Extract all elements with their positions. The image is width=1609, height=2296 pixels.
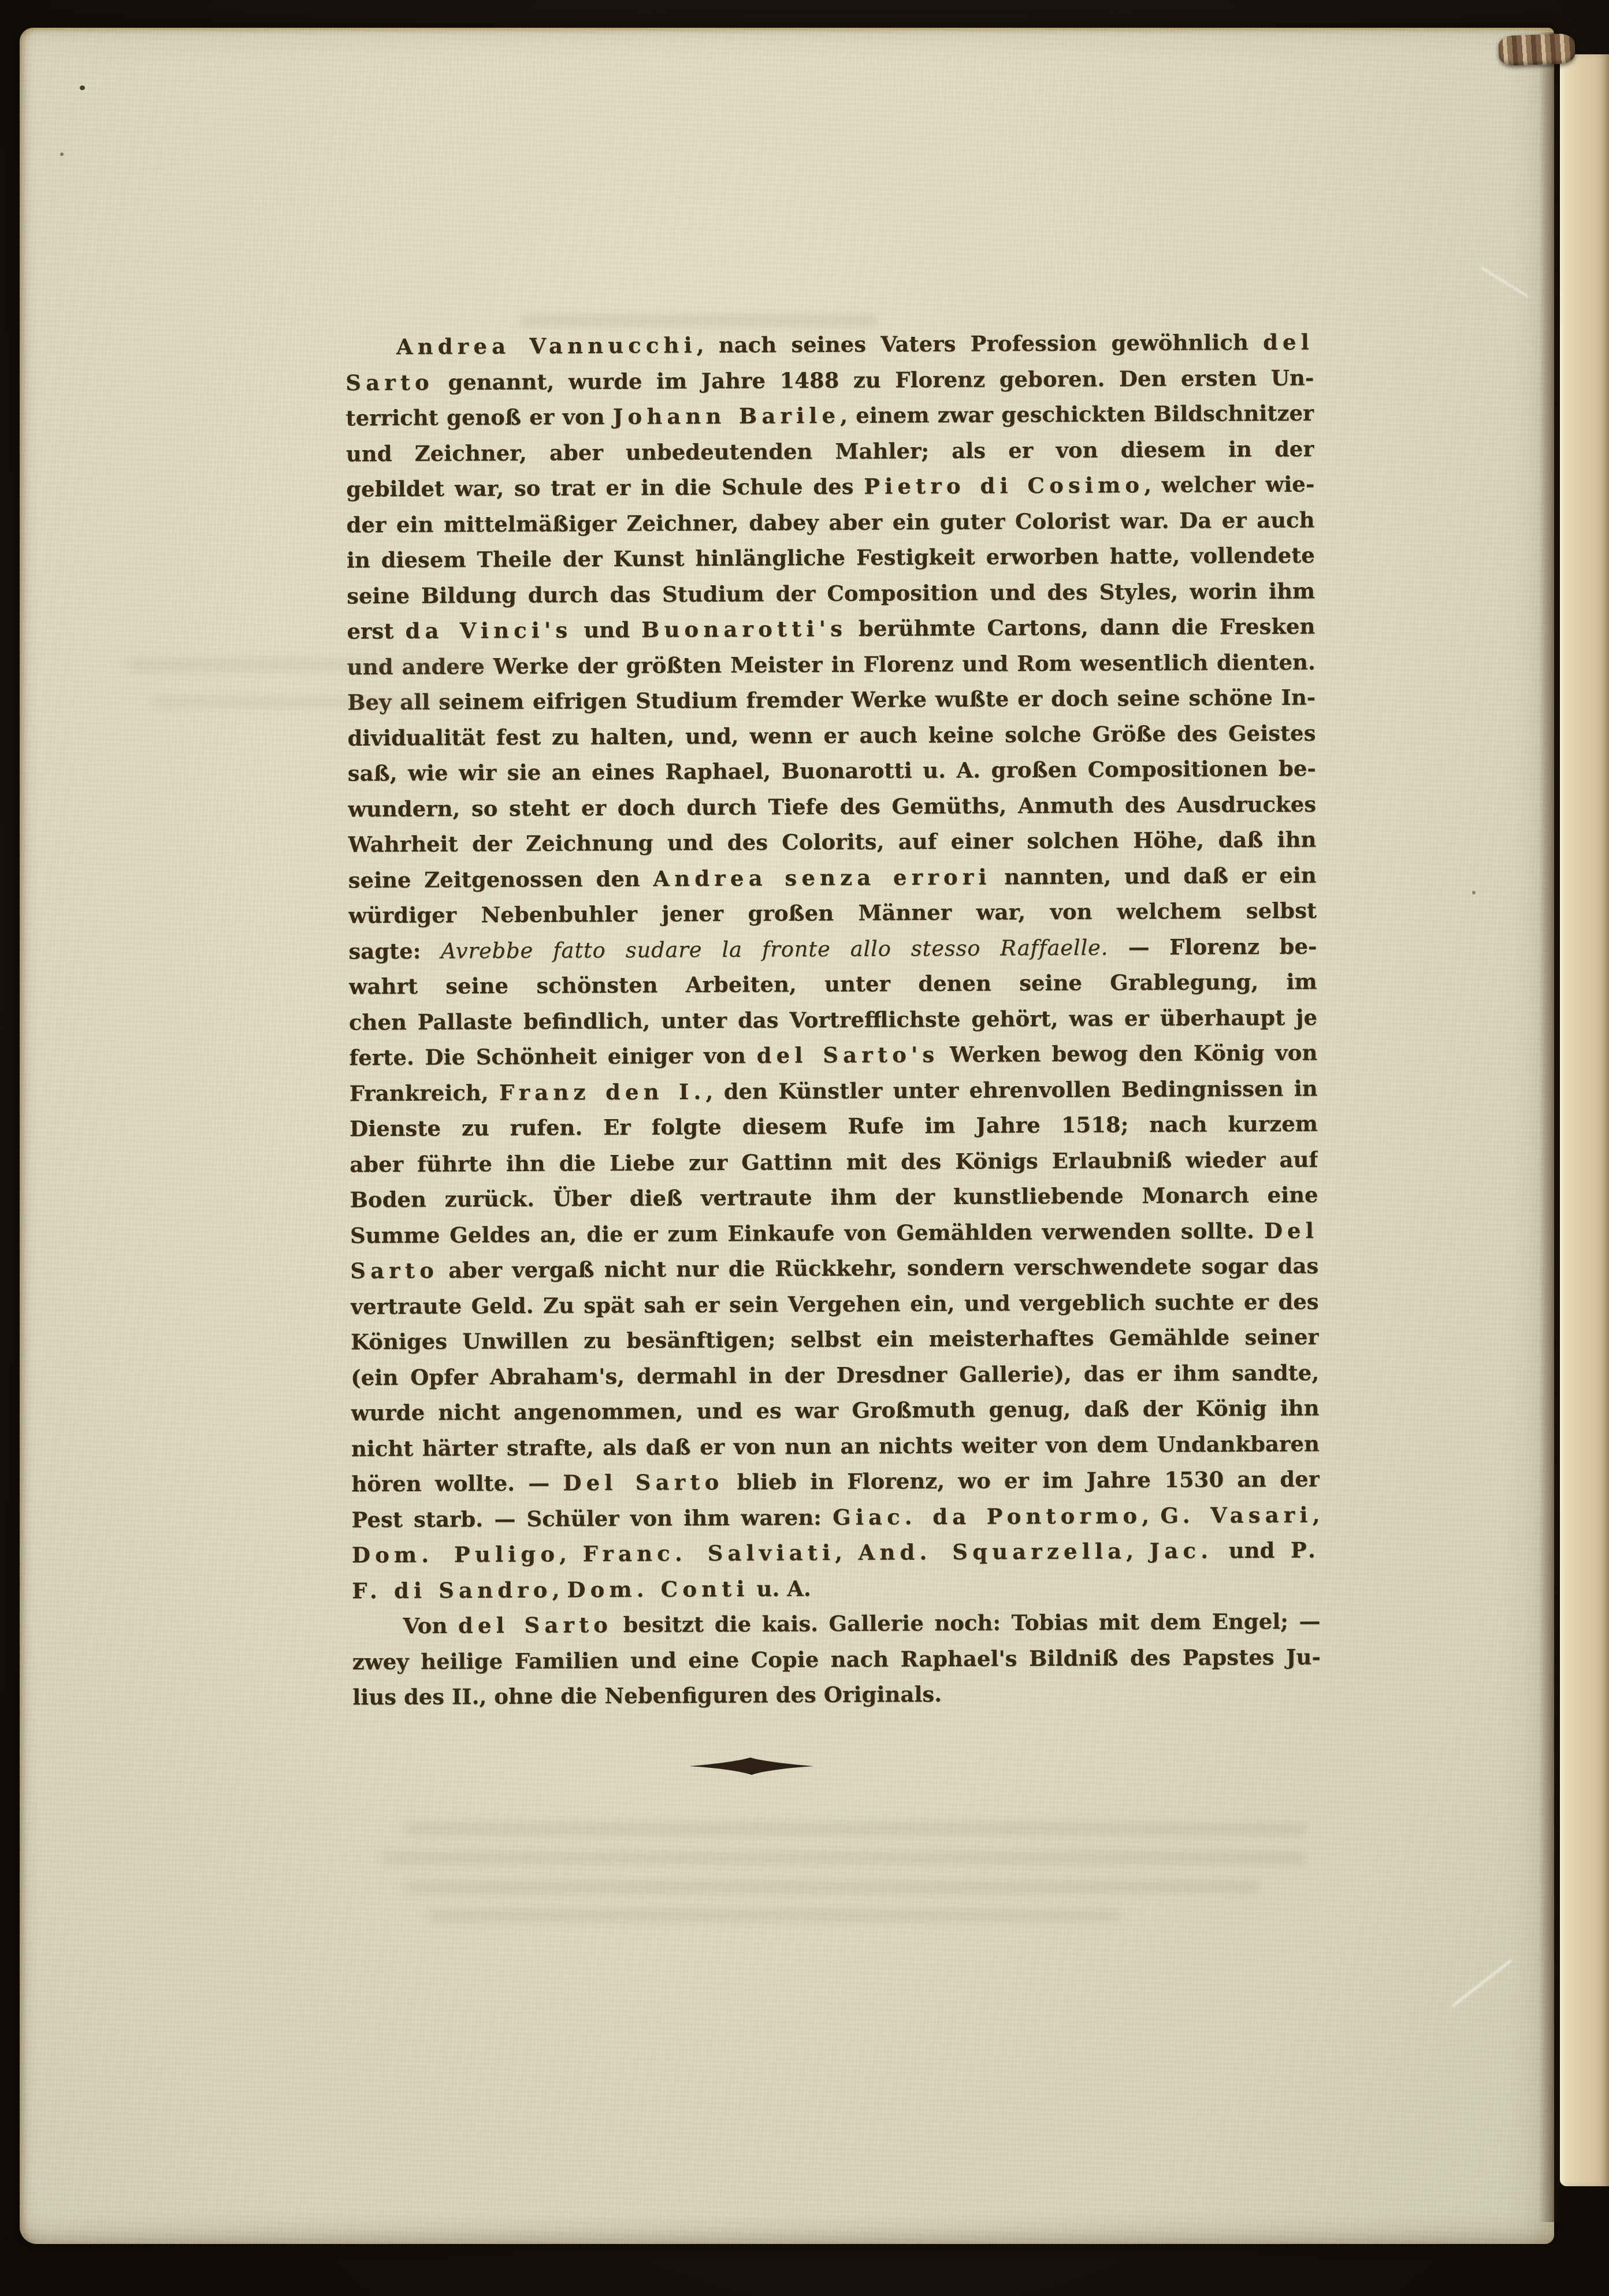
- text-segment: und andere Werke der größten Meister in …: [347, 649, 1316, 679]
- text-segment: Andrea senza errori: [653, 864, 991, 891]
- text-segment: seine Zeitgenossen den: [348, 865, 653, 893]
- text-segment: Del Sarto: [563, 1469, 723, 1495]
- headband-stripes-icon: [1498, 34, 1575, 66]
- text-segment: ,: [1312, 1502, 1320, 1527]
- text-segment: Sarto: [350, 1258, 439, 1284]
- text-segment: Frankreich,: [350, 1080, 499, 1106]
- text-line: vertraute Geld. Zu spät sah er sein Verg…: [350, 1284, 1318, 1324]
- diamond-rule-icon: [688, 1756, 815, 1776]
- text-line: in diesem Theile der Kunst hinlängliche …: [347, 538, 1315, 578]
- text-segment: ,: [835, 1540, 859, 1565]
- text-segment: ,: [552, 1577, 567, 1602]
- text-segment: besitzt die kais. Gallerie noch: Tobias …: [612, 1608, 1321, 1637]
- text-line: hören wollte. — Del Sarto blieb in Flore…: [351, 1462, 1320, 1502]
- text-segment: ferte. Die Schönheit einiger von: [349, 1043, 756, 1071]
- text-segment: nannten, und daß er ein: [991, 862, 1317, 889]
- text-segment: vertraute Geld. Zu spät sah er sein Verg…: [350, 1288, 1318, 1319]
- text-line: Boden zurück. Über dieß vertraute ihm de…: [350, 1177, 1318, 1218]
- text-segment: chen Pallaste befindlich, unter das Vort…: [349, 1004, 1317, 1040]
- text-segment: sagte:: [348, 938, 441, 964]
- text-segment: Pietro di Cosimo: [864, 472, 1144, 499]
- text-line: wundern, so steht er doch durch Tiefe de…: [348, 786, 1316, 827]
- text-line: terricht genoß er von Johann Barile, ein…: [345, 396, 1314, 436]
- text-segment: And. Squarzella: [858, 1538, 1126, 1565]
- text-line: wahrt seine schönsten Arbeiten, unter de…: [349, 964, 1317, 1005]
- text-segment: Andrea Vannucchi: [396, 332, 697, 359]
- text-segment: Dom. Conti: [567, 1576, 749, 1602]
- page-text-block: Andrea Vannucchi, nach seines Vaters Pro…: [345, 325, 1321, 1715]
- text-line: seine Bildung durch das Studium der Comp…: [347, 573, 1315, 614]
- text-segment: blieb in Florenz, wo er im Jahre 1530 an…: [723, 1466, 1320, 1495]
- text-line: und andere Werke der größten Meister in …: [347, 644, 1316, 685]
- text-segment: aber vergaß nicht nur die Rückkehr, sond…: [350, 1253, 1318, 1289]
- text-line: Königes Unwillen zu besänftigen; selbst …: [351, 1320, 1319, 1360]
- text-segment: terricht genoß er von: [345, 404, 613, 430]
- text-segment: Jac.: [1150, 1538, 1213, 1564]
- text-segment: und: [572, 617, 641, 643]
- text-segment: del Sarto: [458, 1612, 612, 1638]
- text-segment: da Vinci's: [405, 617, 572, 644]
- text-line: würdiger Nebenbuhler jener großen Männer…: [348, 893, 1317, 934]
- text-segment: wahrt seine schönsten Arbeiten, unter de…: [349, 969, 1317, 1005]
- text-segment: würdiger Nebenbuhler jener großen Männer…: [348, 898, 1317, 934]
- text-segment: in diesem Theile der Kunst hinlängliche …: [347, 543, 1315, 578]
- text-segment: dividualität fest zu halten, und, wenn e…: [347, 720, 1316, 756]
- text-line: der ein mittelmäßiger Zeichner, dabey ab…: [346, 502, 1314, 543]
- text-segment: nicht härter strafte, als daß er von nun…: [351, 1431, 1320, 1461]
- text-segment: P.: [1291, 1537, 1320, 1563]
- text-segment: ,: [1142, 1503, 1160, 1528]
- text-segment: — Florenz be-: [1108, 933, 1317, 960]
- text-line: lius des II., ohne die Nebenfiguren des …: [352, 1675, 1321, 1715]
- text-line: Wahrheit der Zeichnung und des Colorits,…: [348, 822, 1316, 863]
- text-line: Dienste zu rufen. Er folgte diesem Rufe …: [350, 1106, 1318, 1147]
- text-segment: Boden zurück. Über dieß vertraute ihm de…: [350, 1182, 1318, 1218]
- text-segment: Dom. Puligo: [352, 1541, 560, 1567]
- text-segment: Werken bewog den König von: [939, 1040, 1317, 1067]
- text-line: seine Zeitgenossen den Andrea senza erro…: [348, 857, 1317, 898]
- text-line: wurde nicht angenommen, und es war Großm…: [351, 1391, 1319, 1431]
- text-segment: der ein mittelmäßiger Zeichner, dabey ab…: [346, 507, 1314, 537]
- text-line: gebildet war, so trat er in die Schule d…: [346, 467, 1314, 507]
- text-segment: und Zeichner, aber unbedeutenden Mahler;…: [346, 436, 1314, 471]
- text-line: ferte. Die Schönheit einiger von del Sar…: [349, 1035, 1317, 1076]
- text-segment: Franz den I.: [499, 1079, 706, 1105]
- text-line: (ein Opfer Abraham's, dermahl in der Dre…: [351, 1355, 1319, 1395]
- text-segment: Johann Barile: [613, 403, 841, 429]
- text-segment: wundern, so steht er doch durch Tiefe de…: [348, 791, 1316, 827]
- text-segment: berühmte Cartons, dann die Fresken: [847, 614, 1316, 641]
- text-segment: Von: [403, 1613, 458, 1638]
- text-segment: saß, wie wir sie an eines Raphael, Buona…: [348, 756, 1316, 786]
- text-line: chen Pallaste befindlich, unter das Vort…: [349, 1000, 1317, 1040]
- text-line: Dom. Puligo, Franc. Salviati, And. Squar…: [352, 1533, 1320, 1573]
- text-segment: Franc. Salviati: [582, 1540, 835, 1566]
- text-segment: genannt, wurde im Jahre 1488 zu Florenz …: [434, 365, 1314, 395]
- text-segment: Giac. da Pontormo: [833, 1503, 1142, 1530]
- text-line: Sarto genannt, wurde im Jahre 1488 zu Fl…: [345, 360, 1314, 400]
- text-segment: und: [1213, 1537, 1291, 1563]
- text-line: dividualität fest zu halten, und, wenn e…: [347, 715, 1316, 756]
- text-segment: Wahrheit der Zeichnung und des Colorits,…: [348, 827, 1316, 863]
- text-segment: Sarto: [345, 369, 434, 395]
- text-segment: , einem zwar geschickten Bildschnitzer: [840, 400, 1314, 428]
- text-segment: Königes Unwillen zu besänftigen; selbst …: [351, 1324, 1319, 1360]
- text-segment: Bey all seinem eifrigen Studium fremder …: [347, 685, 1316, 715]
- text-segment: ,: [559, 1541, 583, 1566]
- text-line: erst da Vinci's und Buonarotti's berühmt…: [347, 609, 1315, 649]
- text-segment: wurde nicht angenommen, und es war Großm…: [351, 1395, 1319, 1426]
- text-line: F. di Sandro, Dom. Conti u. A.: [352, 1568, 1320, 1608]
- text-segment: gebildet war, so trat er in die Schule d…: [346, 474, 864, 502]
- text-segment: zwey heilige Familien und eine Copie nac…: [352, 1644, 1321, 1674]
- text-segment: del Sarto's: [756, 1042, 939, 1068]
- text-line: saß, wie wir sie an eines Raphael, Buona…: [348, 751, 1316, 792]
- text-segment: , welcher wie-: [1144, 471, 1314, 498]
- text-line: Bey all seinem eifrigen Studium fremder …: [347, 680, 1316, 720]
- text-line: Pest starb. — Schüler von ihm waren: Gia…: [351, 1497, 1320, 1537]
- text-line: Andrea Vannucchi, nach seines Vaters Pro…: [345, 325, 1314, 365]
- text-segment: del: [1263, 329, 1314, 355]
- text-segment: Avrebbe fatto sudare la fronte allo stes…: [441, 935, 1109, 963]
- text-segment: u. A.: [749, 1576, 811, 1602]
- text-segment: Pest starb. — Schüler von ihm waren:: [351, 1504, 833, 1532]
- text-line: Sarto aber vergaß nicht nur die Rückkehr…: [350, 1249, 1318, 1289]
- text-line: aber führte ihn die Liebe zur Gattinn mi…: [350, 1142, 1318, 1182]
- text-segment: lius des II., ohne die Nebenfiguren des …: [352, 1681, 942, 1710]
- text-segment: seine Bildung durch das Studium der Comp…: [347, 578, 1315, 608]
- text-segment: G. Vasari: [1160, 1502, 1312, 1528]
- next-page-edge: [1560, 54, 1609, 2186]
- text-segment: erst: [347, 618, 405, 644]
- text-line: zwey heilige Familien und eine Copie nac…: [352, 1639, 1321, 1680]
- text-line: Frankreich, Franz den I., den Künstler u…: [349, 1071, 1317, 1111]
- scanned-book-photo: { "colors":{ "background":"#17120d", "pa…: [0, 0, 1609, 2296]
- text-line: sagte: Avrebbe fatto sudare la fronte al…: [348, 928, 1317, 969]
- text-segment: Summe Geldes an, die er zum Einkaufe von…: [350, 1218, 1264, 1248]
- text-segment: (ein Opfer Abraham's, dermahl in der Dre…: [351, 1359, 1319, 1390]
- text-segment: Buonarotti's: [641, 616, 847, 642]
- text-segment: F. di Sandro: [352, 1577, 552, 1603]
- text-segment: aber führte ihn die Liebe zur Gattinn mi…: [350, 1146, 1318, 1182]
- text-segment: hören wollte. —: [351, 1470, 563, 1496]
- text-line: nicht härter strafte, als daß er von nun…: [351, 1426, 1320, 1466]
- text-line: und Zeichner, aber unbedeutenden Mahler;…: [346, 431, 1314, 471]
- text-line: Von del Sarto besitzt die kais. Gallerie…: [352, 1604, 1320, 1644]
- text-segment: , nach seines Vaters Profession gewöhnli…: [697, 329, 1263, 358]
- text-segment: Del: [1264, 1217, 1318, 1243]
- text-line: Summe Geldes an, die er zum Einkaufe von…: [350, 1213, 1318, 1253]
- text-segment: ,: [1126, 1538, 1150, 1563]
- text-segment: Dienste zu rufen. Er folgte diesem Rufe …: [350, 1111, 1318, 1147]
